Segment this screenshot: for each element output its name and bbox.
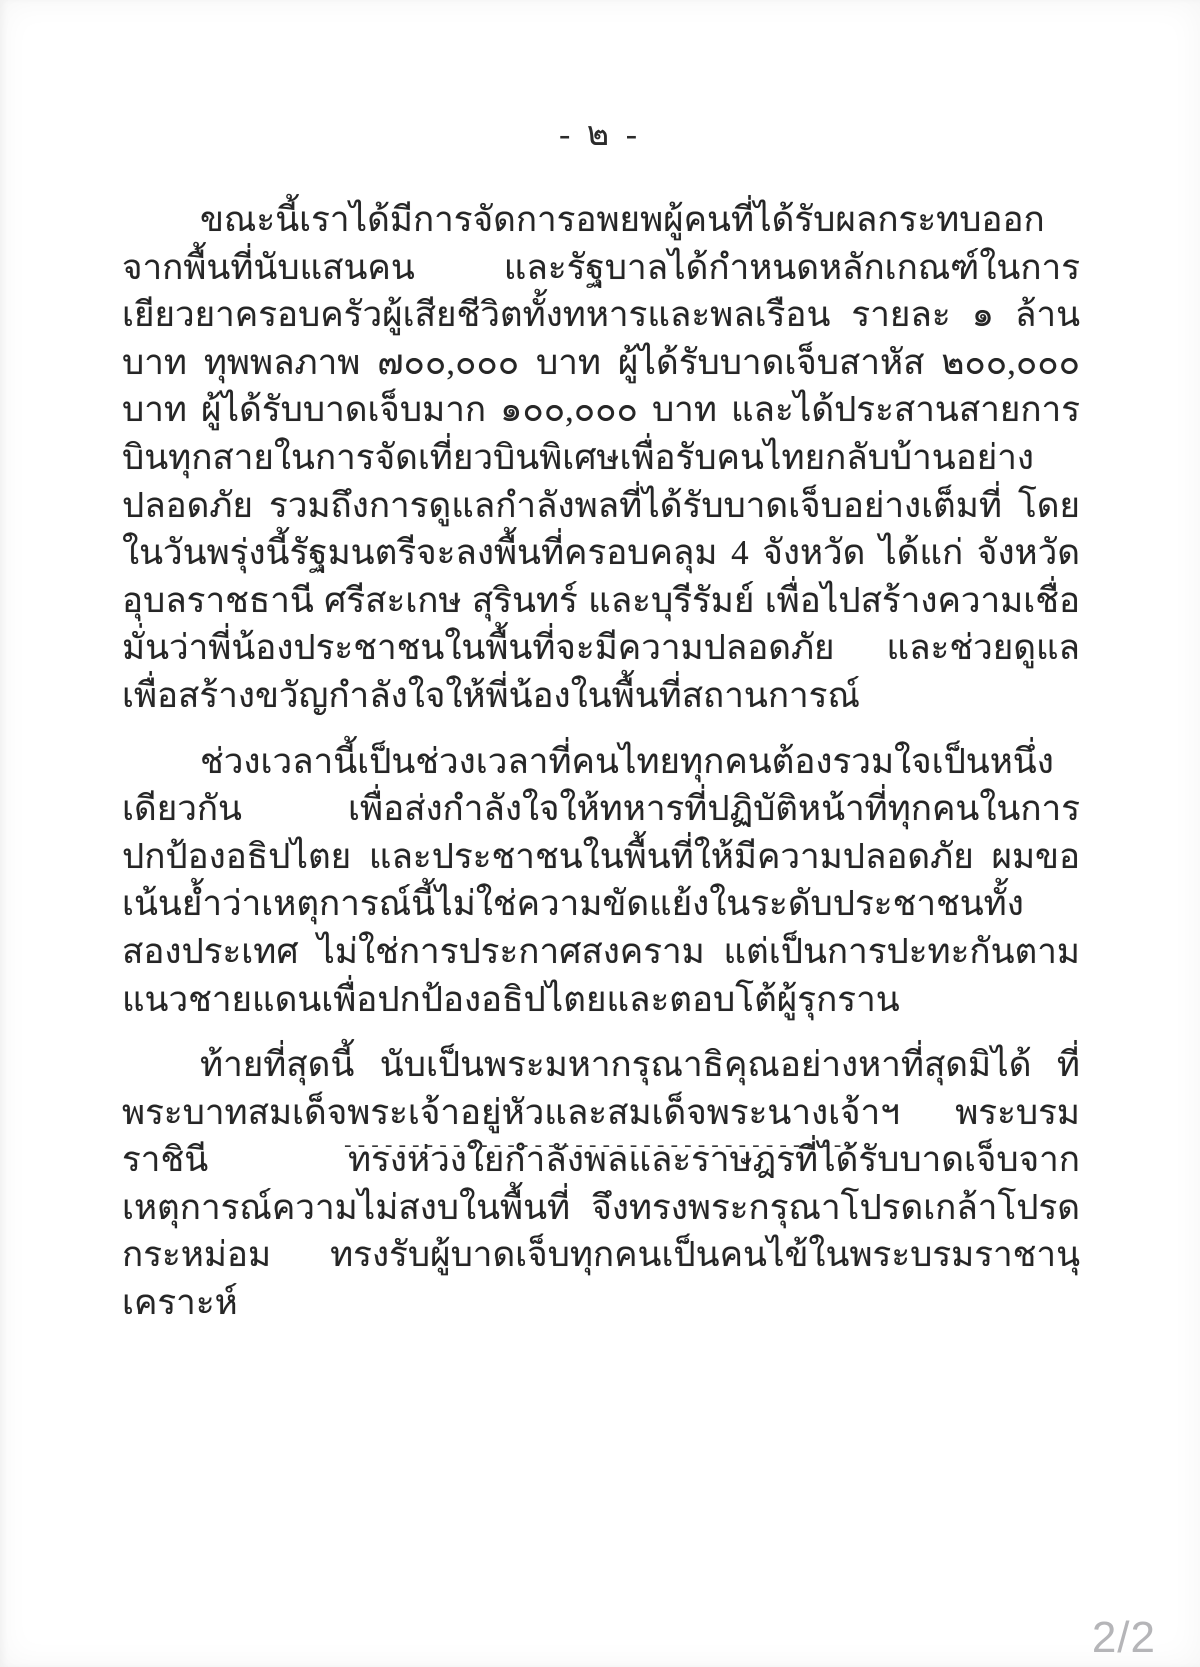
paragraph-royal-patronage: ท้ายที่สุดนี้ นับเป็นพระมหากรุณาธิคุณอย่… — [122, 1041, 1080, 1327]
separator-dashed-line: -------------------------------------- — [0, 1136, 1200, 1159]
document-page: - ๒ - ขณะนี้เราได้มีการจัดการอพยพผู้คนที… — [0, 0, 1200, 1667]
page-indicator: 2/2 — [1092, 1613, 1156, 1663]
paragraph-unity-appeal: ช่วงเวลานี้เป็นช่วงเวลาที่คนไทยทุกคนต้อง… — [122, 738, 1080, 1024]
paragraph-evacuation-compensation: ขณะนี้เราได้มีการจัดการอพยพผู้คนที่ได้รั… — [122, 196, 1080, 720]
page-number-header: - ๒ - — [0, 106, 1200, 160]
